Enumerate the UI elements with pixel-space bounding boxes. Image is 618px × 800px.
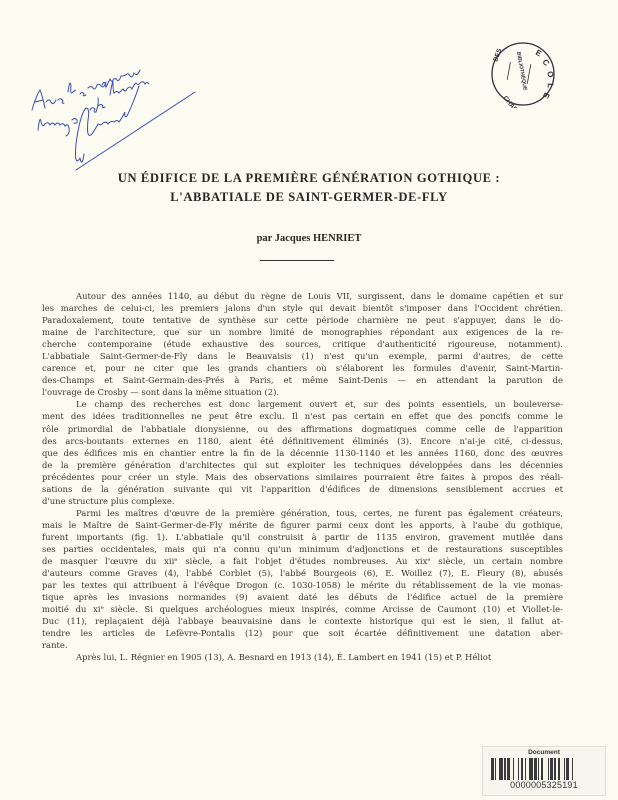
text-line: furent importants (fig. 1). L'abbatiale … xyxy=(42,531,563,543)
text-line: L'abbatiale Saint-Germer-de-Fly dans le … xyxy=(42,350,563,362)
text-line: rôle primordial de l'abbatiale dionysien… xyxy=(42,423,563,435)
svg-text:CHARTES: CHARTES xyxy=(501,95,527,108)
text-line: de la première génération d'architectes … xyxy=(42,459,563,471)
article-title-line-2: L'ABBATIALE DE SAINT-GERMER-DE-FLY xyxy=(0,190,618,205)
paragraph: Autour des années 1140, au début du règn… xyxy=(42,290,563,398)
svg-text:BIBLIOTHÈQUE: BIBLIOTHÈQUE xyxy=(515,51,530,92)
text-line: rante. xyxy=(42,639,563,651)
svg-text:DES: DES xyxy=(492,47,503,63)
text-line: moitié du xiᵉ siècle. Si quelques archéo… xyxy=(42,603,563,615)
text-line: mais le Maître de Saint-Germer-de-Fly mé… xyxy=(42,519,563,531)
text-line: les marches de celui-ci, les premiers ja… xyxy=(42,302,563,314)
text-line: Le champ des recherches est donc largeme… xyxy=(42,398,563,410)
article-body: Autour des années 1140, au début du règn… xyxy=(42,290,563,663)
text-line: des-Champs et Saint-Germain-des-Prés à P… xyxy=(42,374,563,386)
svg-text:L: L xyxy=(546,83,555,89)
text-line: ment des idées traditionnelles ne peut ê… xyxy=(42,410,563,422)
document-page: E C O L E DES CHARTES BIBLIOTHÈQUE UN ÉD… xyxy=(0,0,618,800)
paragraph: Parmi les maîtres d'œuvre de la première… xyxy=(42,507,563,652)
text-line: Autour des années 1140, au début du règn… xyxy=(42,290,563,302)
article-author: par Jacques HENRIET xyxy=(0,233,618,244)
text-line: ses parties occidentales, mais qui n'a c… xyxy=(42,543,563,555)
text-line: tendre les articles de Lefèvre-Pontalis … xyxy=(42,627,563,639)
article-title-line-1: UN ÉDIFICE DE LA PREMIÈRE GÉNÉRATION GOT… xyxy=(0,171,618,186)
barcode-label: Document 0000005325191 xyxy=(482,746,606,796)
text-line: d'auteurs comme Graves (4), l'abbé Corbl… xyxy=(42,567,563,579)
text-line: tique après les invasions normandes (9) … xyxy=(42,591,563,603)
text-line: Parmi les maîtres d'œuvre de la première… xyxy=(42,507,563,519)
title-divider xyxy=(260,260,334,261)
text-line: de masquer l'œuvre du xiiᵉ siècle, a fai… xyxy=(42,555,563,567)
stamp-icon: E C O L E DES CHARTES BIBLIOTHÈQUE xyxy=(489,40,557,108)
text-line: que des édifices mis en chantier entre l… xyxy=(42,447,563,459)
text-line: d'une structure plus complexe. xyxy=(42,495,563,507)
barcode-number: 0000005325191 xyxy=(483,780,605,790)
text-line: des arcs-boutants externes en 1180, aien… xyxy=(42,435,563,447)
barcode-icon xyxy=(491,758,597,780)
svg-text:E: E xyxy=(534,48,544,59)
text-line: sations de la génération suivante qui vi… xyxy=(42,483,563,495)
text-line: précédentes pour créer un style. Mais de… xyxy=(42,471,563,483)
text-line: carence et, pour ne citer que les grands… xyxy=(42,362,563,374)
text-line: par les textes qui attribuent à l'évêque… xyxy=(42,579,563,591)
svg-text:C: C xyxy=(540,58,551,68)
paragraph: Le champ des recherches est donc largeme… xyxy=(42,398,563,506)
text-line: cherche contemporaine (étude exhaustive … xyxy=(42,338,563,350)
paragraph: Après lui, L. Régnier en 1905 (13), A. B… xyxy=(42,651,563,663)
library-stamp: E C O L E DES CHARTES BIBLIOTHÈQUE xyxy=(489,40,557,108)
text-line: Paradoxalement, toute tentative de synth… xyxy=(42,314,563,326)
text-line: l'ouvrage de Crosby — sont dans la même … xyxy=(42,386,563,398)
text-line: Duc (11), replaçaient déjà l'abbaye beau… xyxy=(42,615,563,627)
handwritten-dedication xyxy=(10,30,210,180)
handwriting-icon xyxy=(10,30,210,180)
text-line: maine de l'architecture, que sur un nomb… xyxy=(42,326,563,338)
barcode-label-title: Document xyxy=(483,749,605,756)
text-line: Après lui, L. Régnier en 1905 (13), A. B… xyxy=(42,651,563,663)
